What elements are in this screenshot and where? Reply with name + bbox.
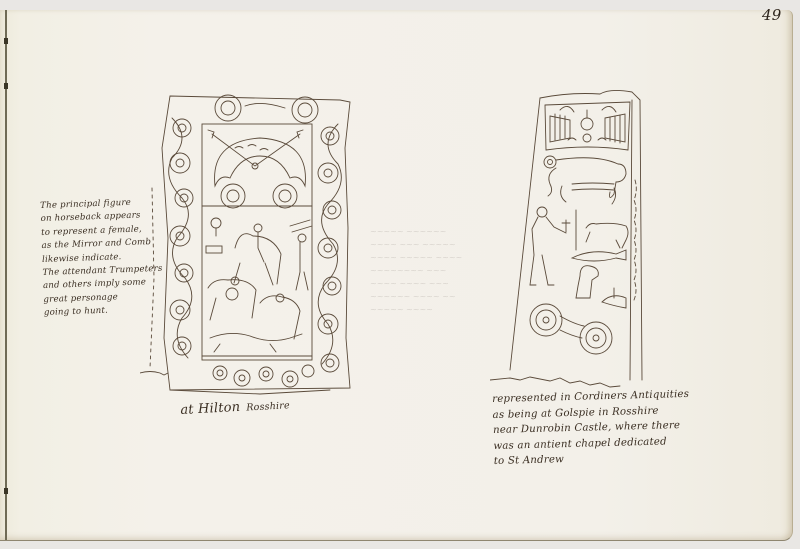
bleed-line: ~~~~~~ ~~~~ ~~ [370, 290, 490, 303]
binding-edge [5, 10, 7, 540]
right-note: represented in Cordiners Antiquities as … [492, 386, 734, 470]
binding-stitch [4, 83, 8, 89]
page-number: 49 [762, 6, 782, 24]
bleed-line: ~~~~ ~~~~ ~~~ [370, 277, 490, 290]
bleed-line: ~~~~ ~~~ ~~~~~ [370, 238, 490, 251]
binding-stitch [4, 38, 8, 44]
bleed-line: ~~~~ ~~~~~ ~~~~ [370, 251, 490, 264]
bleed-line: ~~~~~~~~ ~~~ [370, 264, 490, 277]
bleed-through-text: ~~~~~ ~~~~~~ ~~~~ ~~~ ~~~~~ ~~~~ ~~~~~ ~… [370, 225, 490, 316]
left-stone-drawing [140, 88, 360, 398]
bleed-line: ~~~~~ ~~~~~~ [370, 225, 490, 238]
caption-location: at Hilton [180, 400, 241, 418]
caption-county: Rosshire [246, 400, 290, 413]
bleed-line: ~~~~~ ~~~~ [370, 303, 490, 316]
binding-stitch [4, 488, 8, 494]
right-stone-drawing [490, 80, 660, 390]
